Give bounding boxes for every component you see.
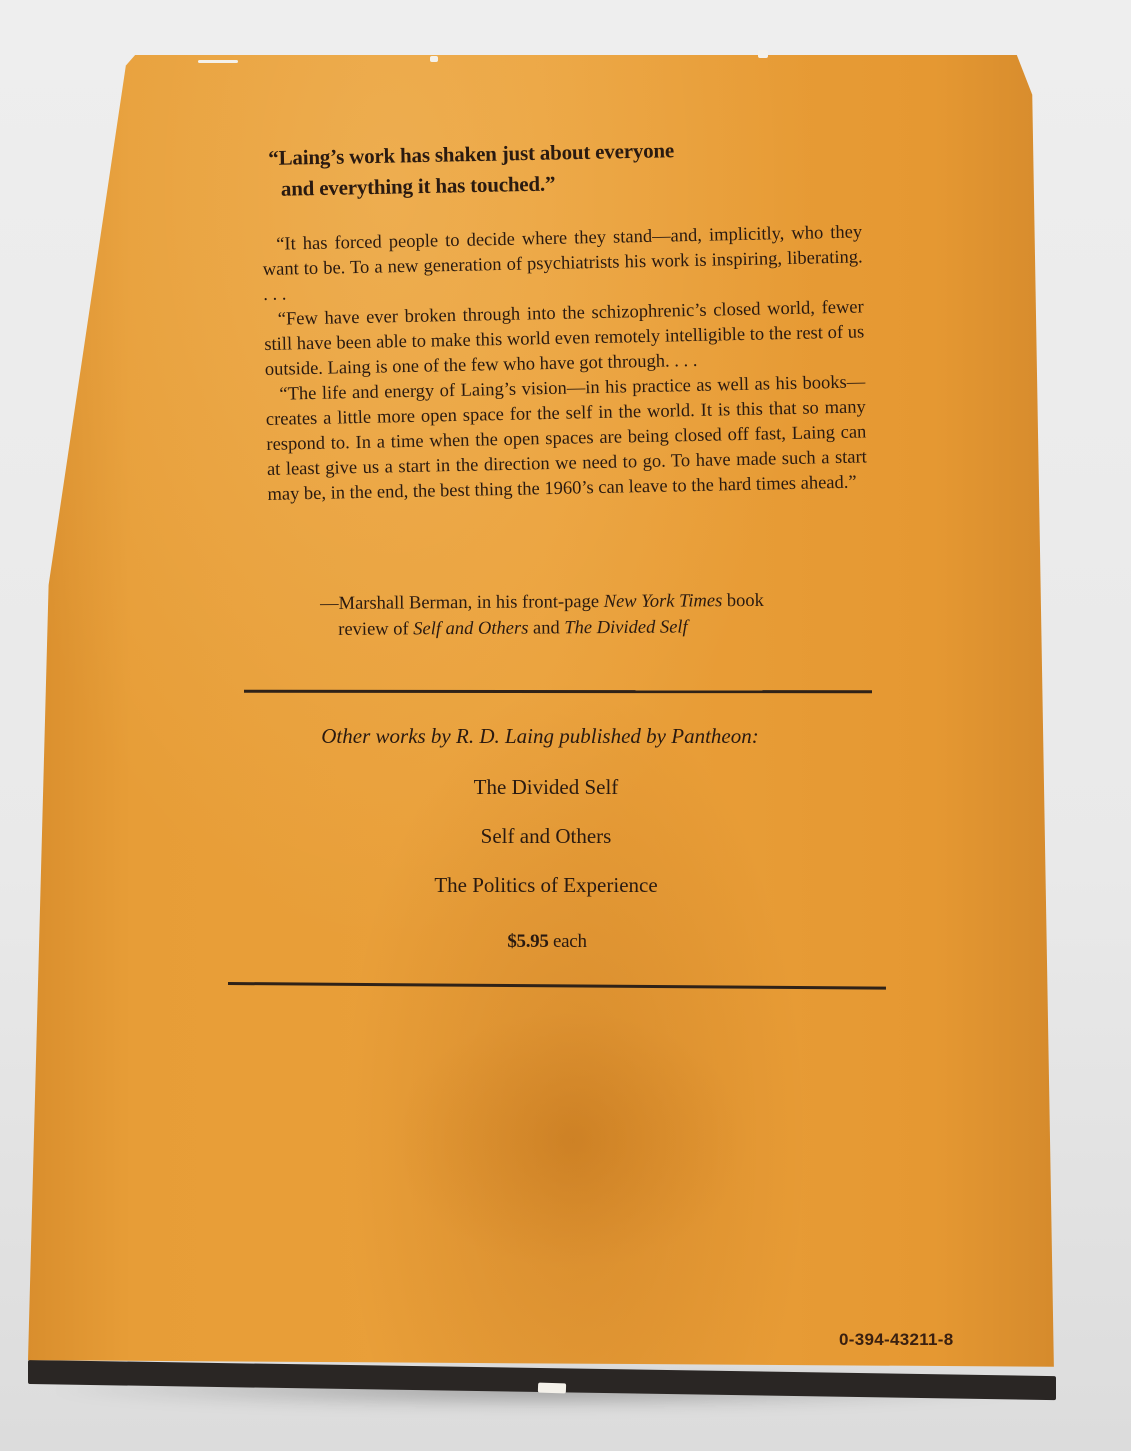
other-work-item: Self and Others (0, 824, 1096, 849)
divider-rule-top (244, 690, 872, 694)
attribution-conj: and (528, 618, 564, 638)
review-paragraph-3: “The life and energy of Laing’s vision—i… (265, 370, 867, 508)
attribution-book-2: The Divided Self (564, 617, 687, 638)
other-work-item: The Politics of Experience (0, 873, 1096, 898)
attribution-publication: New York Times (604, 591, 723, 612)
attribution-line-2: review of Self and Others and The Divide… (320, 613, 880, 643)
divider-rule-bottom (228, 982, 886, 990)
review-attribution: —Marshall Berman, in his front-page New … (320, 587, 880, 643)
price-line: $5.95 each (0, 931, 1097, 953)
attribution-book-1: Self and Others (413, 619, 528, 640)
price-value: $5.95 (507, 931, 548, 952)
other-works-title: Other works by R. D. Laing published by … (0, 724, 1090, 749)
review-paragraph-2: “Few have ever broken through into the s… (264, 295, 865, 383)
attribution-prefix: —Marshall Berman, in his front-page (320, 592, 604, 614)
isbn-number: 0-394-43211-8 (839, 1330, 954, 1350)
jacket-text-content: “Laing’s work has shaken just about ever… (0, 0, 1131, 1451)
headline-line-2: and everything it has touched.” (269, 163, 829, 205)
review-quote: “It has forced people to decide where th… (262, 220, 868, 508)
attribution-line2-prefix: review of (338, 619, 413, 640)
price-suffix: each (549, 931, 587, 952)
other-work-item: The Divided Self (0, 775, 1096, 800)
headline-line-1: “Laing’s work has shaken just about ever… (268, 138, 674, 170)
review-paragraph-1: “It has forced people to decide where th… (262, 220, 863, 308)
attribution-middle: book (722, 591, 764, 611)
headline-quote: “Laing’s work has shaken just about ever… (268, 132, 829, 205)
